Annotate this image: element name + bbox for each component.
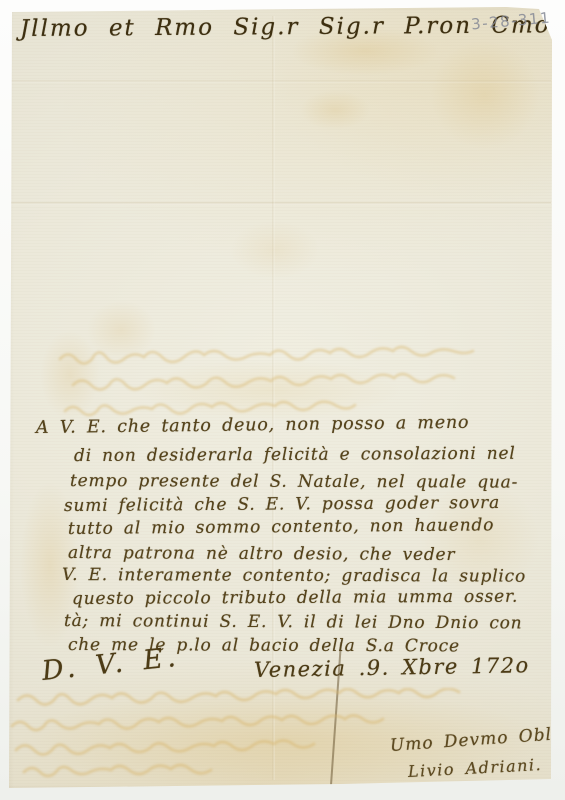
letter-body-line: V. E. interamente contento; gradisca la … [62,565,526,587]
letter-page: Jllmo et Rmo Sig.r Sig.r P.ron Cmo A V. … [0,0,565,800]
place-date-line: Venezia .9. Xbre 172o [254,653,530,682]
letter-body-line: di non desiderarla felicità e consolazio… [74,444,516,466]
letter-body-line: tutto al mio sommo contento, non hauendo [68,515,494,539]
letter-body-line: sumi felicità che S. E. V. possa goder s… [64,493,500,516]
letter-body-line: tà; mi continui S. E. V. il di lei Dno D… [64,611,523,633]
letter-body-line: altra patrona nè altro desio, che veder [68,543,455,565]
letter-body-line: questo piccolo tributo della mia umma os… [72,587,518,609]
letter-body-line: tempo presente del S. Natale, nel quale … [70,471,518,493]
scan-background: Jllmo et Rmo Sig.r Sig.r P.ron Cmo A V. … [0,0,565,800]
